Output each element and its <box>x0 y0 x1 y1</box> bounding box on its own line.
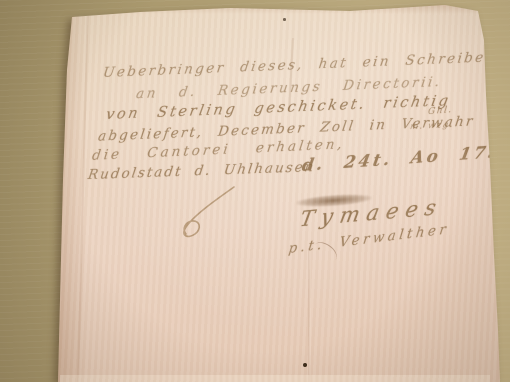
paper-shadow: Ueberbringer dieses, hat ein Schreiben a… <box>50 0 510 382</box>
handwriting-line-6: Rudolstadt d. Uhlhausen <box>87 159 316 183</box>
paper-speck <box>283 18 286 21</box>
manuscript-paper: Ueberbringer dieses, hat ein Schreiben a… <box>50 0 510 382</box>
paper-speck <box>303 363 307 367</box>
handwriting-block: Ueberbringer dieses, hat ein Schreiben a… <box>50 0 510 382</box>
paper-right-edge-shade <box>496 0 510 382</box>
photo-background: Ueberbringer dieses, hat ein Schreiben a… <box>0 0 510 382</box>
flourish-paraph <box>172 183 252 241</box>
